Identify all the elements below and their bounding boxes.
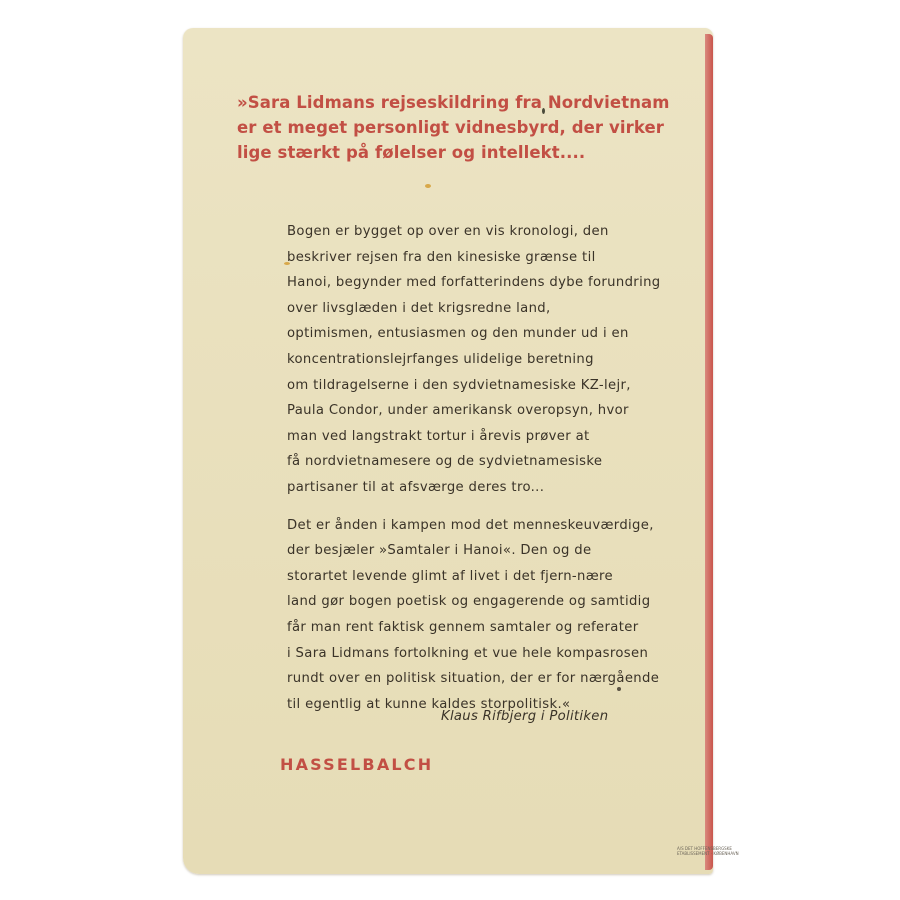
printer-line: ETABLISSEMENT · KØBENHAVN (677, 851, 739, 856)
text-line: om tildragelserne i den sydvietnamesiske… (287, 373, 687, 399)
publisher-name: HASSELBALCH (280, 755, 433, 774)
text-line: over livsglæden i det krigsredne land, (287, 296, 687, 322)
text-line: land gør bogen poetisk og engagerende og… (287, 589, 687, 615)
quote-line: »Sara Lidmans rejseskildring fra Nordvie… (237, 90, 697, 115)
text-line: partisaner til at afsværge deres tro... (287, 475, 687, 501)
quote-line: lige stærkt på følelser og intellekt.... (237, 140, 697, 165)
text-line: Det er ånden i kampen mod det menneskeuv… (287, 513, 687, 539)
printer-imprint: A/S DET HOFFENSBERGSKE ETABLISSEMENT · K… (677, 846, 739, 856)
blurb-paragraph-2: Det er ånden i kampen mod det menneskeuv… (287, 513, 687, 718)
text-line: Bogen er bygget op over en vis kronologi… (287, 219, 687, 245)
text-line: optimismen, entusiasmen og den munder ud… (287, 321, 687, 347)
text-line: Paula Condor, under amerikansk overopsyn… (287, 398, 687, 424)
book-back-cover: »Sara Lidmans rejseskildring fra Nordvie… (183, 28, 713, 874)
text-line: få nordvietnamesere og de sydvietnamesis… (287, 449, 687, 475)
blurb-paragraph-1: Bogen er bygget op over en vis kronologi… (287, 219, 687, 501)
quote-attribution: Klaus Rifbjerg i Politiken (441, 709, 608, 724)
red-spine-edge (705, 34, 713, 870)
quote-line: er et meget personligt vidnesbyrd, der v… (237, 115, 697, 140)
stain-speck (425, 184, 431, 188)
text-line: man ved langstrakt tortur i årevis prøve… (287, 424, 687, 450)
text-line: storartet levende glimt af livet i det f… (287, 564, 687, 590)
text-line: får man rent faktisk gennem samtaler og … (287, 615, 687, 641)
blurb-text: Bogen er bygget op over en vis kronologi… (287, 219, 687, 717)
text-line: der besjæler »Samtaler i Hanoi«. Den og … (287, 538, 687, 564)
stain-speck (617, 687, 621, 691)
stain-speck (542, 108, 545, 114)
text-line: koncentrationslejrfanges ulidelige beret… (287, 347, 687, 373)
pull-quote: »Sara Lidmans rejseskildring fra Nordvie… (237, 90, 697, 165)
text-line: rundt over en politisk situation, der er… (287, 666, 687, 692)
text-line: i Sara Lidmans fortolkning et vue hele k… (287, 641, 687, 667)
text-line: Hanoi, begynder med forfatterindens dybe… (287, 270, 687, 296)
text-line: beskriver rejsen fra den kinesiske græns… (287, 245, 687, 271)
stain-speck (284, 262, 290, 265)
